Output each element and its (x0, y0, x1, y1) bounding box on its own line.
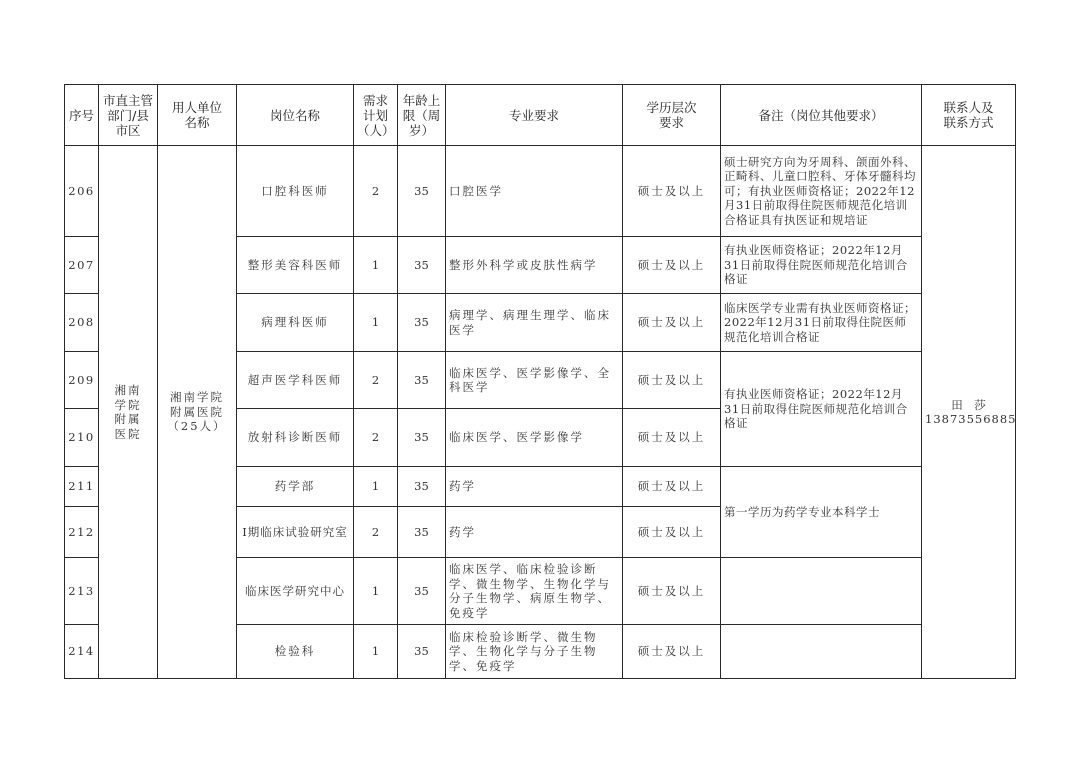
seq-cell: 208 (65, 294, 99, 352)
note-cell: 硕士研究方向为牙周科、颌面外科、正畸科、儿童口腔科、牙体牙髓科均可；有执业医师资… (721, 146, 922, 237)
edu-cell: 硕士及以上 (623, 558, 721, 625)
contact-phone: 13873556885 (925, 412, 1016, 426)
header-edu: 学历层次要求 (623, 85, 721, 146)
post-cell: 病理科医师 (237, 294, 354, 352)
age-cell: 35 (398, 558, 446, 625)
seq-cell: 207 (65, 237, 99, 294)
edu-cell: 硕士及以上 (623, 352, 721, 409)
age-cell: 35 (398, 294, 446, 352)
seq-cell: 212 (65, 507, 99, 558)
edu-cell: 硕士及以上 (623, 146, 721, 237)
header-age: 年龄上限（周岁） (398, 85, 446, 146)
contact-cell: 田 莎13873556885 (922, 146, 1016, 679)
header-row: 序号 市直主管部门/县市区 用人单位名称 岗位名称 需求计划（人） 年龄上限（周… (65, 85, 1016, 146)
table-row: 206 湘南学院附属医院 湘南学院附属医院（25人） 口腔科医师 2 35 口腔… (65, 146, 1016, 237)
post-cell: 检验科 (237, 625, 354, 679)
note-cell (721, 625, 922, 679)
seq-cell: 206 (65, 146, 99, 237)
plan-cell: 1 (354, 558, 398, 625)
post-cell: 药学部 (237, 467, 354, 507)
post-cell: 口腔科医师 (237, 146, 354, 237)
major-cell: 口腔医学 (446, 146, 623, 237)
major-cell: 临床医学、医学影像学、全科医学 (446, 352, 623, 409)
major-cell: 病理学、病理生理学、临床医学 (446, 294, 623, 352)
seq-cell: 214 (65, 625, 99, 679)
plan-cell: 1 (354, 467, 398, 507)
unit-cell: 湘南学院附属医院（25人） (158, 146, 237, 679)
post-cell: 放射科诊断医师 (237, 409, 354, 467)
major-cell: 临床医学、临床检验诊断学、微生物学、生物化学与分子生物学、病原生物学、免疫学 (446, 558, 623, 625)
age-cell: 35 (398, 625, 446, 679)
age-cell: 35 (398, 352, 446, 409)
header-plan: 需求计划（人） (354, 85, 398, 146)
edu-cell: 硕士及以上 (623, 409, 721, 467)
major-cell: 药学 (446, 467, 623, 507)
plan-cell: 2 (354, 409, 398, 467)
major-cell: 药学 (446, 507, 623, 558)
edu-cell: 硕士及以上 (623, 625, 721, 679)
post-cell: 超声医学科医师 (237, 352, 354, 409)
header-major: 专业要求 (446, 85, 623, 146)
edu-cell: 硕士及以上 (623, 467, 721, 507)
age-cell: 35 (398, 237, 446, 294)
dept-cell: 湘南学院附属医院 (99, 146, 158, 679)
seq-cell: 209 (65, 352, 99, 409)
edu-cell: 硕士及以上 (623, 294, 721, 352)
note-cell: 有执业医师资格证；2022年12月31日前取得住院医师规范化培训合格证 (721, 237, 922, 294)
seq-cell: 211 (65, 467, 99, 507)
post-cell: 临床医学研究中心 (237, 558, 354, 625)
plan-cell: 2 (354, 352, 398, 409)
note-cell: 临床医学专业需有执业医师资格证；2022年12月31日前取得住院医师规范化培训合… (721, 294, 922, 352)
header-dept: 市直主管部门/县市区 (99, 85, 158, 146)
plan-cell: 2 (354, 146, 398, 237)
edu-cell: 硕士及以上 (623, 237, 721, 294)
header-unit: 用人单位名称 (158, 85, 237, 146)
seq-cell: 210 (65, 409, 99, 467)
plan-cell: 1 (354, 294, 398, 352)
recruitment-table: 序号 市直主管部门/县市区 用人单位名称 岗位名称 需求计划（人） 年龄上限（周… (64, 84, 1016, 679)
post-cell: 整形美容科医师 (237, 237, 354, 294)
age-cell: 35 (398, 146, 446, 237)
note-cell: 第一学历为药学专业本科学士 (721, 467, 922, 558)
document-page: 序号 市直主管部门/县市区 用人单位名称 岗位名称 需求计划（人） 年龄上限（周… (0, 0, 1080, 763)
note-cell (721, 558, 922, 625)
header-post: 岗位名称 (237, 85, 354, 146)
age-cell: 35 (398, 507, 446, 558)
plan-cell: 1 (354, 625, 398, 679)
plan-cell: 1 (354, 237, 398, 294)
header-contact: 联系人及联系方式 (922, 85, 1016, 146)
age-cell: 35 (398, 409, 446, 467)
major-cell: 临床医学、医学影像学 (446, 409, 623, 467)
post-cell: I期临床试验研究室 (237, 507, 354, 558)
header-note: 备注（岗位其他要求） (721, 85, 922, 146)
header-seq: 序号 (65, 85, 99, 146)
seq-cell: 213 (65, 558, 99, 625)
edu-cell: 硕士及以上 (623, 507, 721, 558)
contact-name: 田 莎 (951, 398, 986, 412)
plan-cell: 2 (354, 507, 398, 558)
major-cell: 整形外科学或皮肤性病学 (446, 237, 623, 294)
age-cell: 35 (398, 467, 446, 507)
major-cell: 临床检验诊断学、微生物学、生物化学与分子生物学、免疫学 (446, 625, 623, 679)
note-cell: 有执业医师资格证；2022年12月31日前取得住院医师规范化培训合格证 (721, 352, 922, 467)
